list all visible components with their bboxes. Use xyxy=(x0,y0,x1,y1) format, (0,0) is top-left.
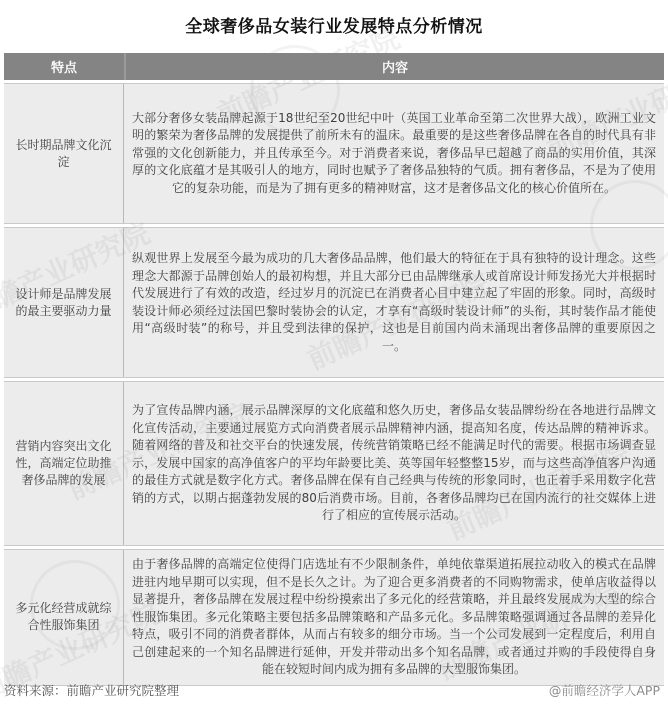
feature-cell: 长时期品牌文化沉淀 xyxy=(4,84,124,223)
page-title: 全球奢侈品女装行业发展特点分析情况 xyxy=(0,0,668,37)
table-row: 多元化经营成就综合性服饰集团 由于奢侈品牌的高端定位使得门店选址有不少限制条件，… xyxy=(4,549,664,686)
content-cell: 纵观世界上发展至今最为成功的几大奢侈品品牌，他们最大的特征在于具有独特的设计理念… xyxy=(124,228,664,377)
feature-cell: 营销内容突出文化性，高端定位助推奢侈品牌的发展 xyxy=(4,382,124,545)
content-text: 由于奢侈品牌的高端定位使得门店选址有不少限制条件，单纯依靠渠道拓展拉动收入的模式… xyxy=(132,556,656,679)
feature-cell: 多元化经营成就综合性服饰集团 xyxy=(4,550,124,685)
column-header-content: 内容 xyxy=(124,53,664,80)
content-text: 纵观世界上发展至今最为成功的几大奢侈品品牌，他们最大的特征在于具有独特的设计理念… xyxy=(132,250,656,355)
footer: 资料来源：前瞻产业研究院整理 @前瞻经济学人APP xyxy=(4,681,660,699)
feature-cell: 设计师是品牌发展的最主要驱动力量 xyxy=(4,228,124,377)
table-row: 营销内容突出文化性，高端定位助推奢侈品牌的发展 为了宣传品牌内涵，展示品牌深厚的… xyxy=(4,381,664,546)
content-text: 为了宣传品牌内涵，展示品牌深厚的文化底蕴和悠久历史，奢侈品女装品牌纷纷在各地进行… xyxy=(132,402,656,525)
table-row: 设计师是品牌发展的最主要驱动力量 纵观世界上发展至今最为成功的几大奢侈品品牌，他… xyxy=(4,227,664,378)
content-cell: 由于奢侈品牌的高端定位使得门店选址有不少限制条件，单纯依靠渠道拓展拉动收入的模式… xyxy=(124,550,664,685)
content-cell: 大部分奢侈女装品牌起源于18世纪至20世纪中叶（英国工业革命至第二次世界大战），… xyxy=(124,84,664,223)
table-row: 长时期品牌文化沉淀 大部分奢侈女装品牌起源于18世纪至20世纪中叶（英国工业革命… xyxy=(4,83,664,224)
credit-label: @前瞻经济学人APP xyxy=(549,681,660,699)
table-header-row: 特点 内容 xyxy=(4,53,664,80)
content-text: 大部分奢侈女装品牌起源于18世纪至20世纪中叶（英国工业革命至第二次世界大战），… xyxy=(132,110,656,198)
content-cell: 为了宣传品牌内涵，展示品牌深厚的文化底蕴和悠久历史，奢侈品女装品牌纷纷在各地进行… xyxy=(124,382,664,545)
report-page: 前瞻产业研究院 前瞻产业研究院 前瞻产业研究院 前瞻产业研究院 前瞻产业研究院 … xyxy=(0,0,668,711)
column-header-feature: 特点 xyxy=(4,57,124,76)
data-source-label: 资料来源：前瞻产业研究院整理 xyxy=(4,681,179,699)
features-table: 特点 内容 长时期品牌文化沉淀 大部分奢侈女装品牌起源于18世纪至20世纪中叶（… xyxy=(4,53,664,686)
